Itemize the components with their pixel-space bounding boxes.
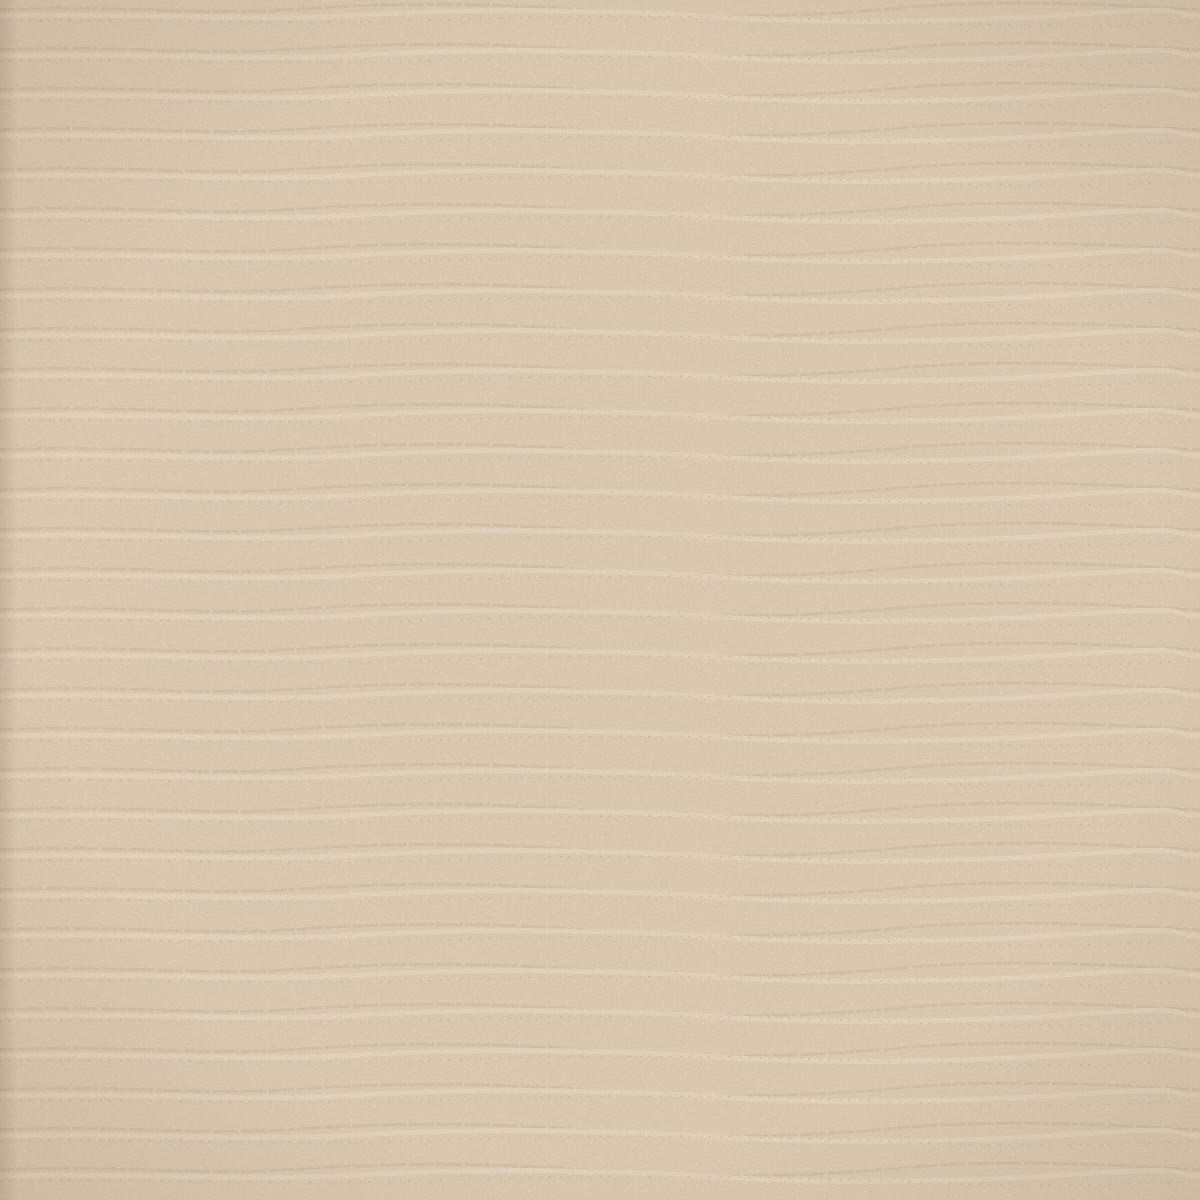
carpet-texture-photo bbox=[0, 0, 1200, 1200]
carpet-loop-pattern bbox=[0, 0, 1200, 1200]
left-edge-shadow bbox=[0, 0, 18, 1200]
